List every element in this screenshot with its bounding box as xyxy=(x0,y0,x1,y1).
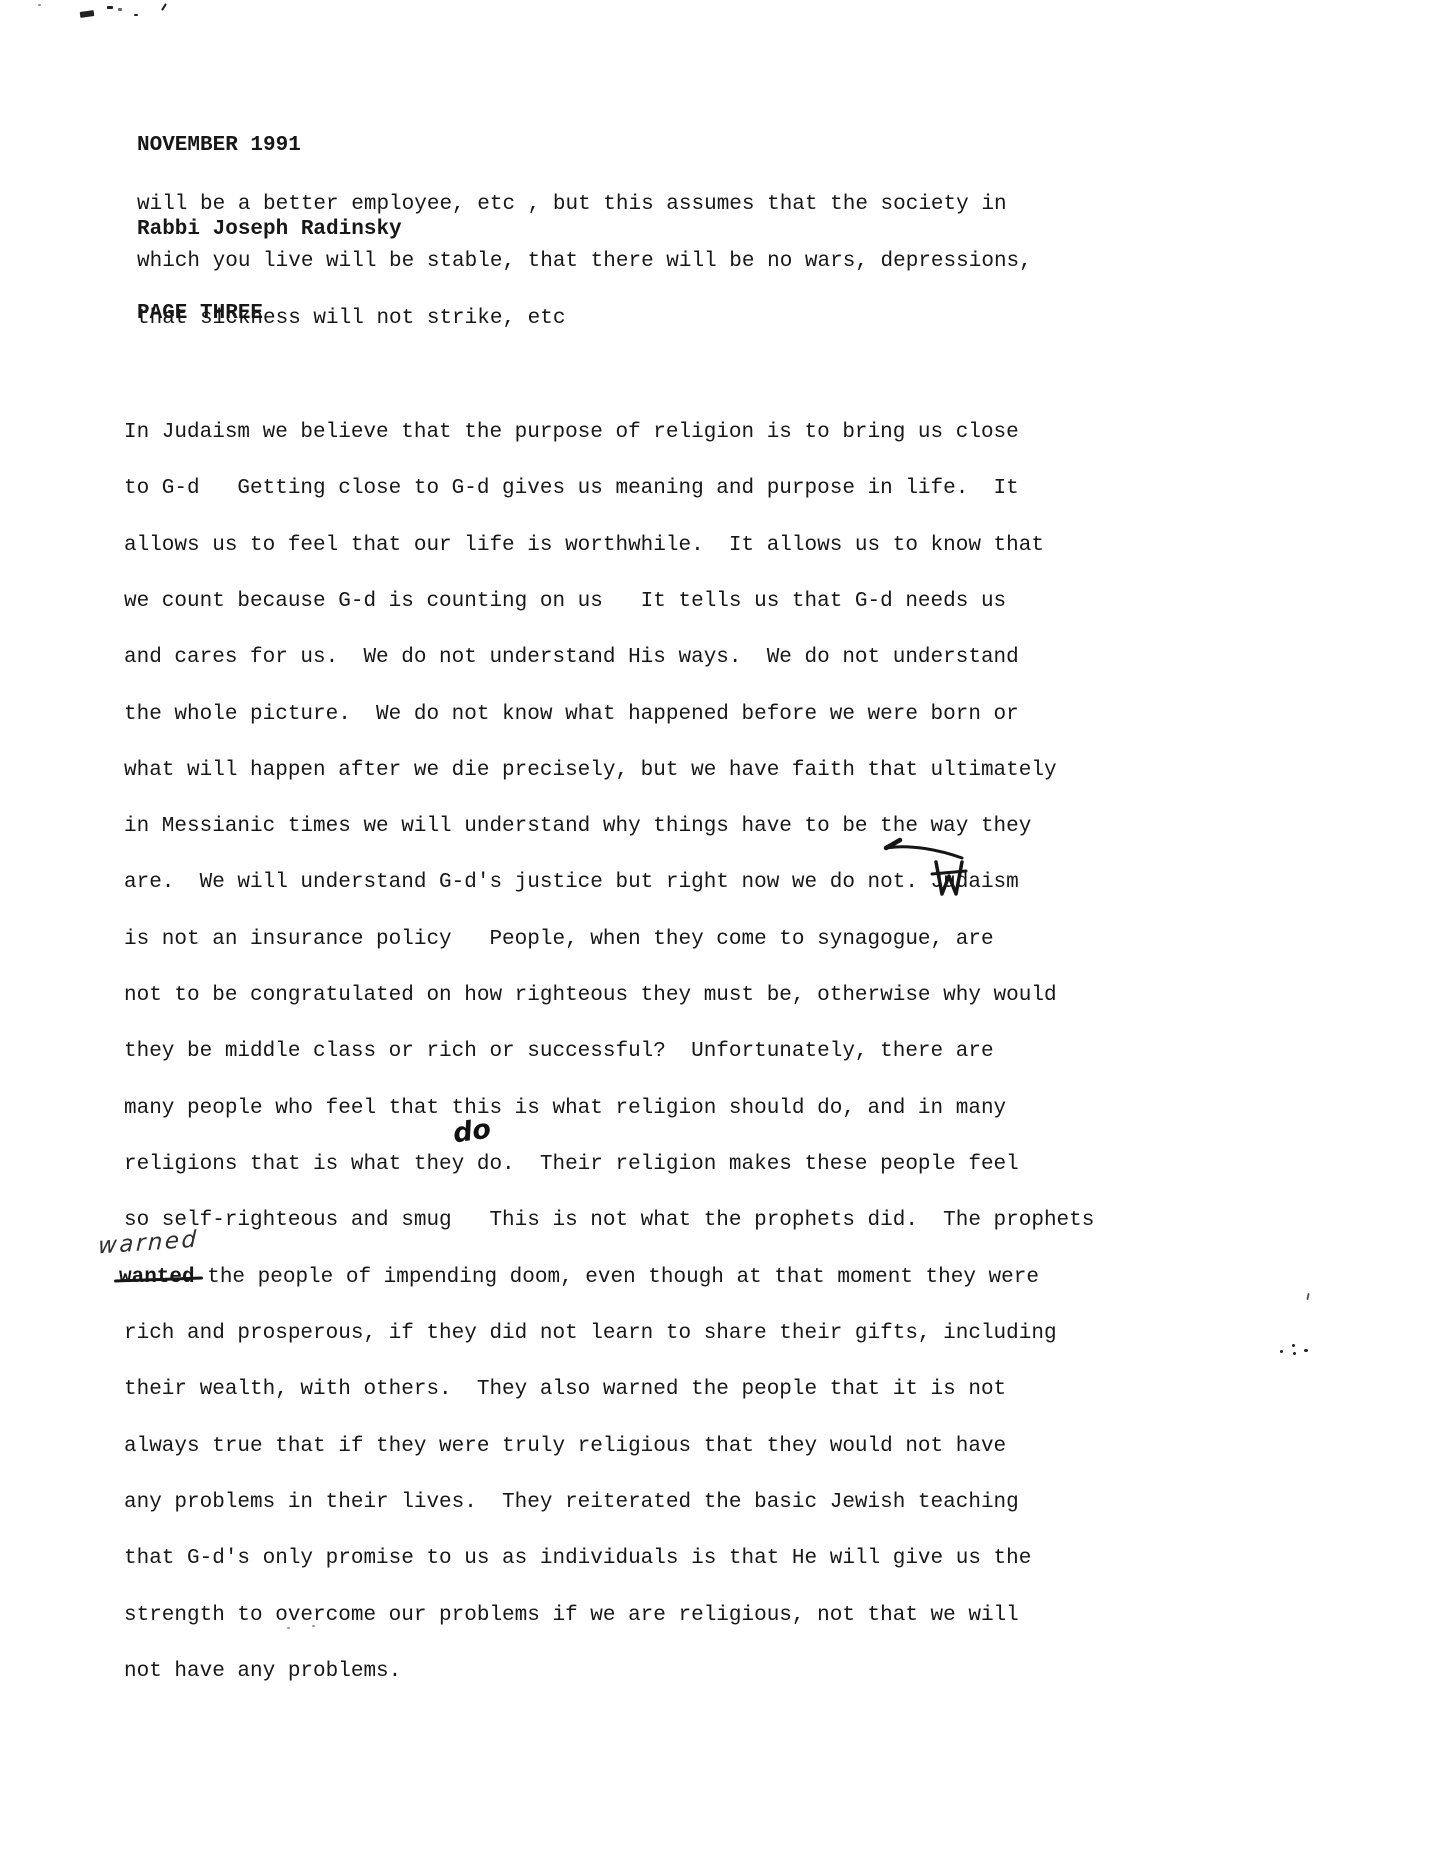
typed-line: will be a better employee, etc , but thi… xyxy=(137,193,1007,217)
typed-line: religions that is what they do. Their re… xyxy=(124,1153,1019,1177)
typed-line: many people who feel that this is what r… xyxy=(124,1097,1006,1121)
scan-speck xyxy=(1293,1352,1296,1355)
scan-speck xyxy=(1306,1293,1309,1300)
scan-speck xyxy=(312,1625,315,1627)
scan-speck xyxy=(107,6,113,9)
typed-line: allows us to feel that our life is worth… xyxy=(124,534,1044,558)
typed-line: what will happen after we die precisely,… xyxy=(124,759,1057,783)
header-author: Rabbi Joseph Radinsky xyxy=(137,216,402,244)
scan-speck xyxy=(1304,1349,1308,1352)
typed-line: and cares for us. We do not understand H… xyxy=(124,646,1019,670)
scan-speck xyxy=(38,4,41,6)
typed-line: to G-d Getting close to G-d gives us mea… xyxy=(124,477,1019,501)
typed-line: their wealth, with others. They also war… xyxy=(124,1378,1006,1402)
scanned-typewritten-page: NOVEMBER 1991 Rabbi Joseph Radinsky PAGE… xyxy=(0,0,1430,1851)
typed-line: that sickness will not strike, etc xyxy=(137,307,565,331)
strike-line-rest: the people of impending doom, even thoug… xyxy=(195,1266,1039,1289)
typed-line: any problems in their lives. They reiter… xyxy=(124,1491,1019,1515)
typed-line: not have any problems. xyxy=(124,1660,401,1684)
typed-line: strength to overcome our problems if we … xyxy=(124,1604,1019,1628)
paragraph-insertion-mark-icon xyxy=(880,836,968,902)
header-date: NOVEMBER 1991 xyxy=(137,132,402,160)
typed-line: they be middle class or rich or successf… xyxy=(124,1040,994,1064)
typed-line: the whole picture. We do not know what h… xyxy=(124,703,1019,727)
scan-speck xyxy=(161,3,167,11)
typed-line: so self-righteous and smug This is not w… xyxy=(124,1209,1094,1233)
document-header: NOVEMBER 1991 Rabbi Joseph Radinsky PAGE… xyxy=(137,76,402,384)
typed-line-with-strikethrough: wanted the people of impending doom, eve… xyxy=(119,1266,1039,1290)
typed-line: which you live will be stable, that ther… xyxy=(137,250,1032,274)
typed-line: that G-d's only promise to us as individ… xyxy=(124,1547,1031,1571)
scan-speck xyxy=(287,1627,290,1629)
typed-line: we count because G-d is counting on us I… xyxy=(124,590,1006,614)
scan-speck xyxy=(80,10,95,18)
handwritten-insertion-do: do xyxy=(451,1114,493,1150)
typed-line: not to be congratulated on how righteous… xyxy=(124,984,1057,1008)
typed-line: In Judaism we believe that the purpose o… xyxy=(124,421,1019,445)
scan-speck xyxy=(134,14,138,16)
typed-line: is not an insurance policy People, when … xyxy=(124,928,994,952)
typed-line: always true that if they were truly reli… xyxy=(124,1435,1006,1459)
scan-speck xyxy=(1280,1350,1283,1353)
scan-speck xyxy=(1292,1344,1295,1347)
struck-word-wanted: wanted xyxy=(119,1266,195,1290)
typed-line: rich and prosperous, if they did not lea… xyxy=(124,1322,1057,1346)
scan-speck xyxy=(118,8,122,11)
handwritten-correction-warned: warned xyxy=(98,1226,199,1259)
